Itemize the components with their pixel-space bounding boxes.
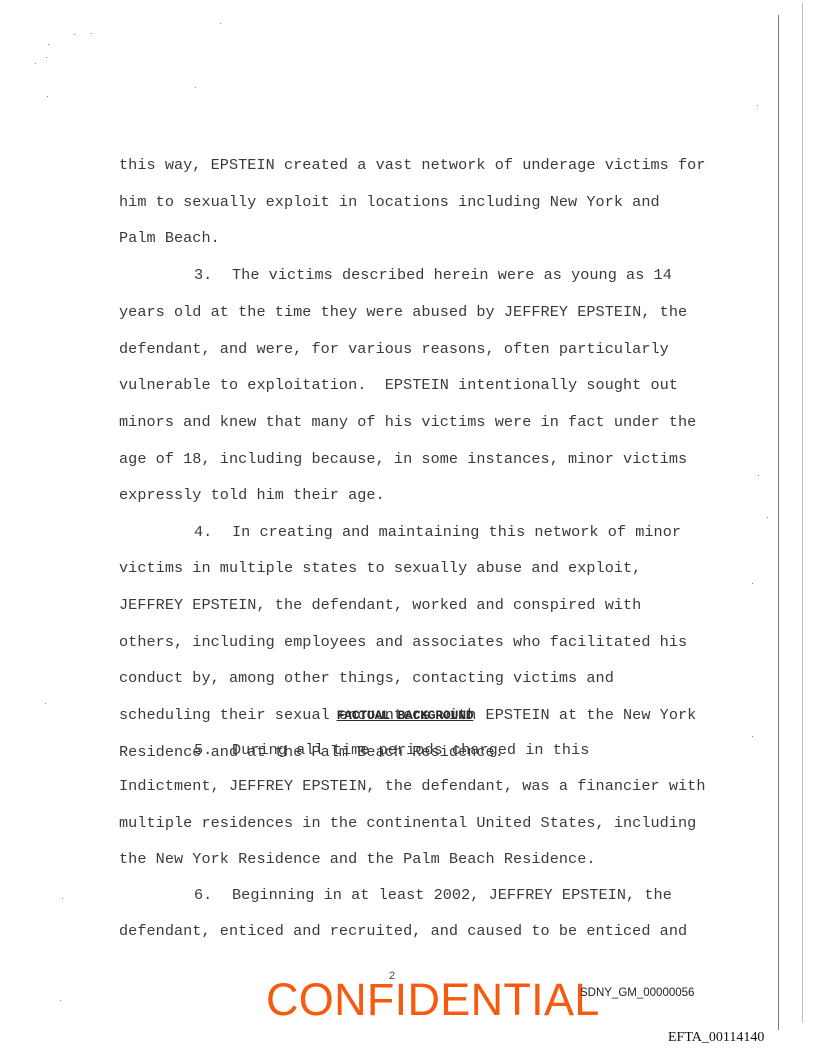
scan-speck [60, 1000, 61, 1001]
paragraph-number: 3. [194, 266, 212, 284]
efta-number: EFTA_00114140 [668, 1030, 764, 1046]
paragraph-number: 4. [194, 523, 212, 541]
body-line: the New York Residence and the Palm Beac… [119, 850, 596, 868]
body-line: defendant, and were, for various reasons… [119, 340, 669, 358]
margin-rule-outer [802, 3, 803, 1023]
body-line: age of 18, including because, in some in… [119, 450, 687, 468]
body-line: multiple residences in the continental U… [119, 814, 696, 832]
scan-speck [48, 44, 49, 45]
body-line: minors and knew that many of his victims… [119, 413, 696, 431]
paragraph-first-line: During all time periods charged in this [232, 741, 589, 759]
scan-speck [752, 736, 753, 737]
body-line: years old at the time they were abused b… [119, 303, 687, 321]
scan-speck [47, 96, 48, 97]
paragraph-first-line: The victims described herein were as you… [232, 266, 672, 284]
body-line: defendant, enticed and recruited, and ca… [119, 922, 687, 940]
scan-speck [46, 57, 47, 58]
body-line: expressly told him their age. [119, 486, 385, 504]
paragraph-number: 6. [194, 886, 212, 904]
document-page: this way, EPSTEIN created a vast network… [0, 0, 817, 1056]
body-line: others, including employees and associat… [119, 633, 687, 651]
section-heading: FACTUAL BACKGROUND [285, 708, 525, 724]
margin-rule-inner [778, 15, 779, 1030]
body-line: JEFFREY EPSTEIN, the defendant, worked a… [119, 596, 641, 614]
bates-number: SDNY_GM_00000056 [580, 987, 694, 999]
scan-speck [74, 34, 75, 35]
scan-speck [757, 105, 758, 106]
paragraph-first-line: In creating and maintaining this network… [232, 523, 681, 541]
body-line: victims in multiple states to sexually a… [119, 559, 641, 577]
scan-speck [195, 87, 196, 88]
body-line: this way, EPSTEIN created a vast network… [119, 156, 706, 174]
scan-speck [220, 23, 221, 24]
scan-speck [758, 475, 759, 476]
scan-speck [62, 898, 63, 899]
body-line: conduct by, among other things, contacti… [119, 669, 614, 687]
body-line: Palm Beach. [119, 229, 220, 247]
confidential-stamp: CONFIDENTIAL [266, 976, 600, 1024]
body-line: vulnerable to exploitation. EPSTEIN inte… [119, 376, 678, 394]
paragraph-number: 5. [194, 741, 212, 759]
scan-speck [35, 63, 36, 64]
scan-speck [752, 583, 753, 584]
page-number: 2 [389, 970, 395, 982]
body-line: Indictment, JEFFREY EPSTEIN, the defenda… [119, 777, 706, 795]
scan-speck [45, 703, 46, 704]
scan-speck [767, 517, 768, 518]
scan-speck [91, 33, 92, 34]
paragraph-first-line: Beginning in at least 2002, JEFFREY EPST… [232, 886, 672, 904]
body-line: him to sexually exploit in locations inc… [119, 193, 660, 211]
